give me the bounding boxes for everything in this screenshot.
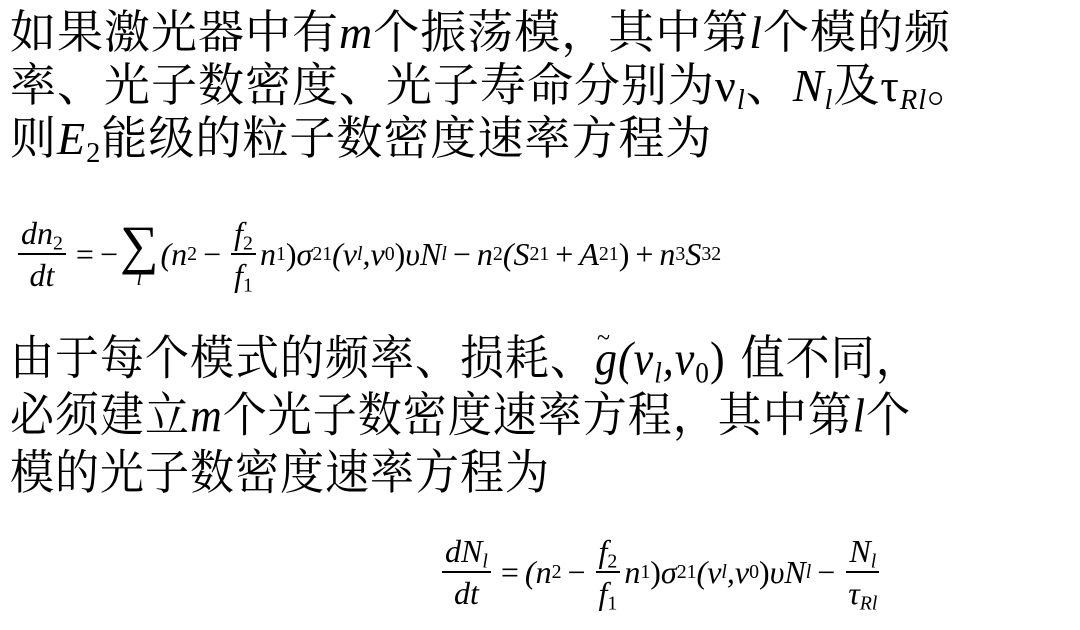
numerator: f2 (596, 533, 621, 573)
var-N: N (793, 60, 825, 111)
text: 个振荡模，其中第 (373, 5, 749, 59)
t: ) (395, 236, 406, 273)
equation-n2-rate: dn2 dt = − ∑ l (n2 − f2 f1 n1) σ21 (νl,ν… (14, 204, 721, 304)
t: ,ν (363, 236, 385, 273)
t: S (685, 236, 701, 273)
sub: l (737, 85, 746, 116)
fraction-Nl-tauRl: Nl τRl (845, 533, 880, 611)
equals: = (501, 554, 519, 591)
t: ,ν (727, 554, 749, 591)
t: N (420, 236, 441, 273)
t: ) (759, 554, 770, 591)
sub: 2 (86, 138, 101, 169)
text: 及 (833, 58, 880, 112)
plus: + (555, 236, 573, 273)
t: (ν (332, 236, 357, 273)
sub: Rl (860, 593, 878, 615)
var-E: E (57, 113, 86, 164)
t: (ν (697, 554, 722, 591)
t: τ (848, 575, 859, 611)
fraction-dNl-dt: dNl dt (442, 533, 491, 611)
numerator: dNl (442, 533, 491, 573)
t: (n (161, 236, 188, 273)
equation-photon-rate: dNl dt = (n2 − f2 f1 n1) σ21 (νl,ν0) υNl… (438, 518, 884, 626)
t: σ (297, 236, 313, 273)
t: n (659, 236, 675, 273)
t: ) (619, 236, 630, 273)
t: ) (650, 554, 661, 591)
sub: l (871, 551, 877, 573)
t: n (477, 236, 493, 273)
t: σ (661, 554, 677, 591)
t: f (234, 257, 243, 293)
t: ) (286, 236, 297, 273)
t: N (784, 554, 805, 591)
explanation-line-1: 由于每个模式的频率、损耗、g(νl,ν0) 值不同， (10, 330, 1080, 387)
text: 率、光子数密度、光子寿命分别为 (10, 58, 715, 112)
sub: 2 (243, 233, 253, 255)
var-m: m (339, 7, 373, 58)
t: (ν (618, 332, 654, 385)
fraction-dn2-dt: dn2 dt (18, 215, 66, 293)
t: (n (525, 554, 552, 591)
text: 。 (927, 58, 974, 112)
denominator: dt (27, 255, 58, 293)
intro-line-1: 如果激光器中有m个振荡模，其中第l个模的频 (10, 6, 1080, 59)
numerator: f2 (231, 215, 256, 255)
denominator: dt (451, 573, 482, 611)
numerator: dn2 (18, 215, 66, 255)
text: 、 (746, 58, 793, 112)
text: 能级的粒子数密度速率方程为 (101, 111, 712, 165)
text: 个光子数密度速率方程，其中第 (223, 388, 853, 443)
minus: − (817, 554, 835, 591)
intro-line-3: 则E2能级的粒子数密度速率方程为 (10, 112, 1080, 165)
text: 必须建立 (10, 388, 190, 443)
sub: l (482, 551, 488, 573)
var-l: l (749, 7, 763, 58)
minus: − (100, 236, 118, 273)
fraction-f2-f1: f2 f1 (231, 215, 256, 293)
explanation-paragraph: 由于每个模式的频率、损耗、g(νl,ν0) 值不同， 必须建立m个光子数密度速率… (10, 330, 1080, 502)
summation: ∑ l (120, 220, 159, 288)
text: 个模的频 (763, 5, 951, 59)
equals: = (76, 236, 94, 273)
t: ,ν (663, 332, 696, 385)
text: 模的光子数密度速率方程为 (10, 446, 550, 501)
sub: 1 (607, 593, 617, 615)
denominator: τRl (845, 573, 880, 611)
text: 个 (866, 388, 911, 443)
t: υ (405, 236, 420, 273)
t: n (624, 554, 640, 591)
t: dn (21, 215, 53, 251)
sub: 2 (607, 551, 617, 573)
var-m: m (190, 389, 223, 442)
sub: l (654, 357, 663, 389)
var-nu: ν (715, 60, 737, 111)
fraction-f2-f1: f2 f1 (596, 533, 621, 611)
t: (S (503, 236, 530, 273)
minus: − (203, 236, 221, 273)
explanation-line-3: 模的光子数密度速率方程为 (10, 444, 1080, 501)
intro-paragraph: 如果激光器中有m个振荡模，其中第l个模的频 率、光子数密度、光子寿命分别为νl、… (10, 6, 1080, 165)
text: 由于每个模式的频率、损耗、 (10, 331, 595, 386)
denominator: f1 (596, 573, 621, 611)
text: 则 (10, 111, 57, 165)
intro-line-2: 率、光子数密度、光子寿命分别为νl、Nl及τRl。 (10, 59, 1080, 112)
text: 值不同， (726, 331, 921, 386)
t: n (260, 236, 276, 273)
t: dN (445, 533, 482, 569)
sum-index: l (136, 270, 142, 288)
var-g-tilde: g (595, 330, 618, 387)
plus: + (635, 236, 653, 273)
minus: − (567, 554, 585, 591)
sub: 1 (243, 275, 253, 297)
text: 如果激光器中有 (10, 5, 339, 59)
sub: Rl (900, 85, 927, 116)
sub: 2 (53, 233, 63, 255)
t: ) (710, 332, 726, 385)
var-tau: τ (880, 60, 900, 111)
numerator: Nl (846, 533, 879, 573)
t: A (579, 236, 599, 273)
t: f (234, 215, 243, 251)
t: N (849, 533, 870, 569)
var-l: l (853, 389, 866, 442)
explanation-line-2: 必须建立m个光子数密度速率方程，其中第l个 (10, 387, 1080, 444)
minus: − (453, 236, 471, 273)
t: υ (770, 554, 785, 591)
denominator: f1 (231, 255, 256, 293)
sum-symbol: ∑ (120, 220, 159, 270)
sub: 0 (695, 357, 710, 389)
